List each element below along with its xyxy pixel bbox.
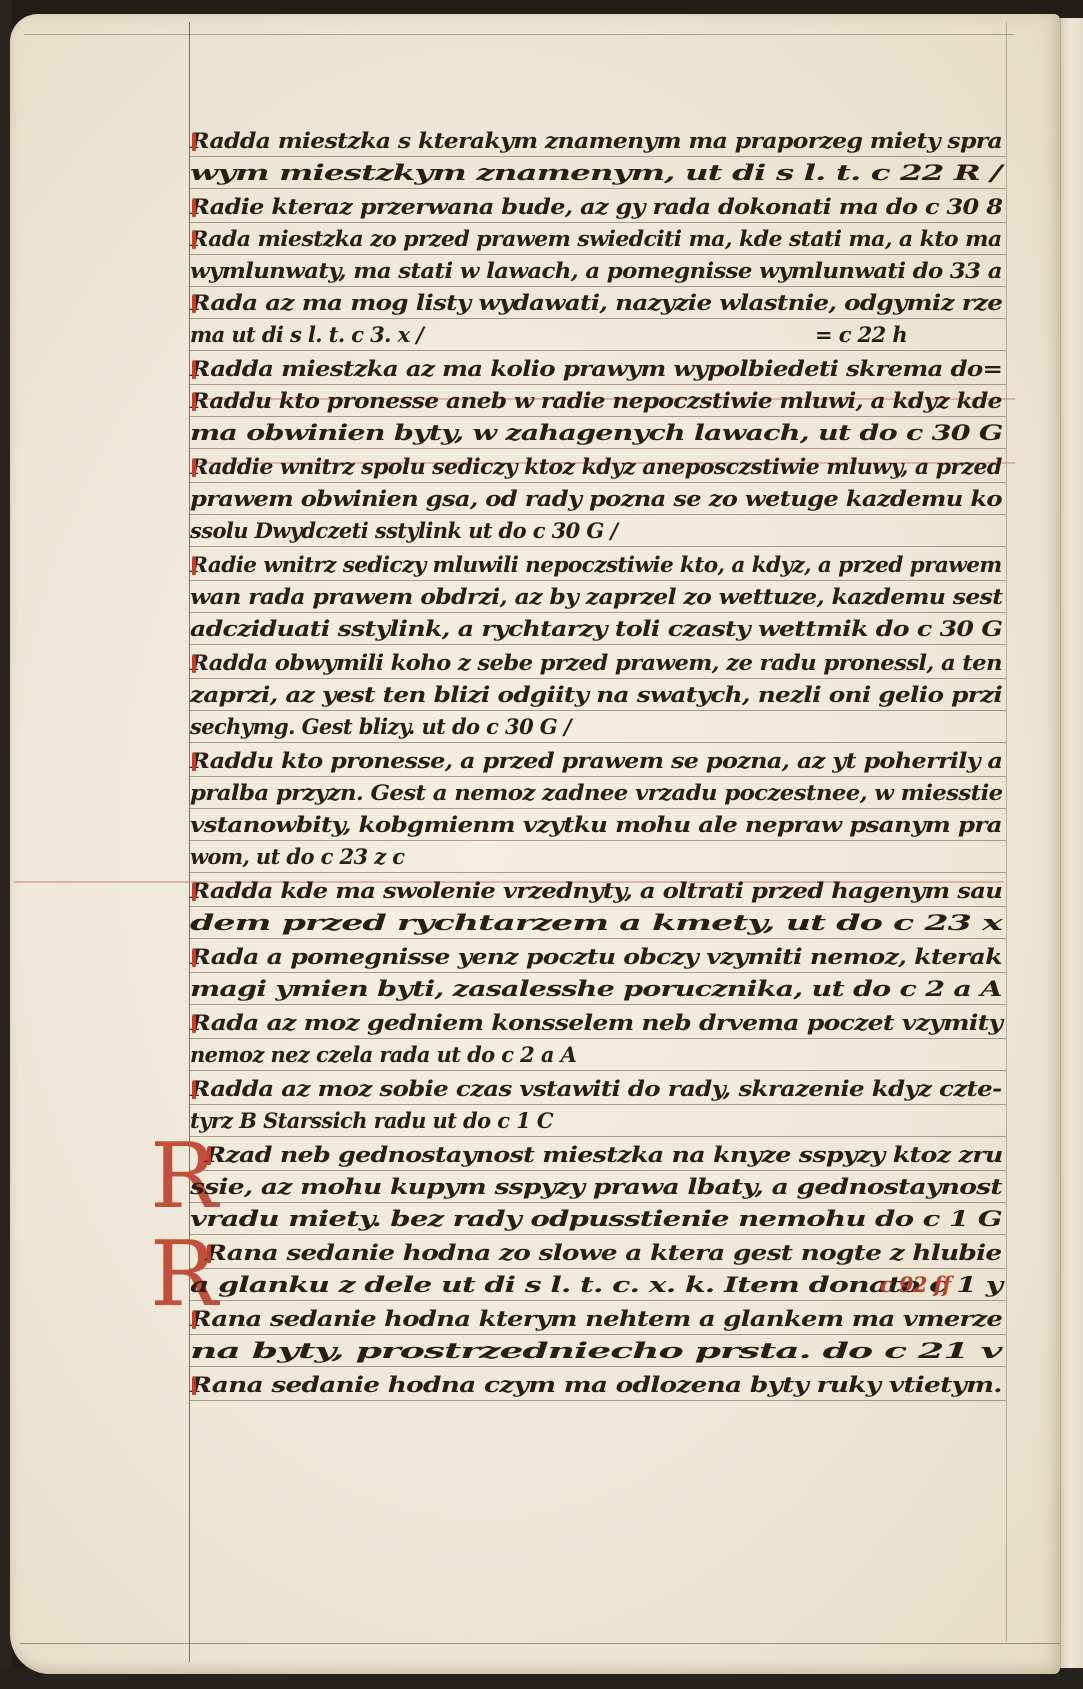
manuscript-line: Rana sedanie hodna kterym nehtem a glank… xyxy=(190,1306,1002,1331)
rubric-stroke xyxy=(192,295,196,313)
line-ruling xyxy=(190,678,1006,679)
manuscript-line: Raddie wnitrz spolu sediczy ktoz kdyz an… xyxy=(190,454,1002,479)
rubric-stroke xyxy=(192,753,196,771)
rubric-stroke xyxy=(192,1015,196,1033)
line-ruling xyxy=(190,644,1006,645)
line-ruling xyxy=(190,776,1006,777)
manuscript-line: wom, ut do c 23 z c xyxy=(190,844,404,869)
rubric-stroke xyxy=(192,1081,196,1099)
marginal-reference: = c 22 h xyxy=(815,322,907,347)
manuscript-line: nemoz nez czela rada ut do c 2 a A xyxy=(190,1042,576,1067)
line-ruling xyxy=(190,254,1006,255)
line-ruling xyxy=(190,1268,1006,1269)
rubric-stroke xyxy=(207,1147,211,1165)
line-ruling xyxy=(190,612,1006,613)
line-ruling xyxy=(190,482,1006,483)
rubric-stroke xyxy=(192,1377,196,1395)
manuscript-line: ma ut di s l. t. c 3. x / xyxy=(190,322,423,347)
manuscript-line: Raddu kto pronesse, a przed prawem se po… xyxy=(190,748,1002,773)
line-ruling xyxy=(190,318,1006,319)
rubric-stroke xyxy=(192,1311,196,1329)
rubric-stroke xyxy=(192,199,196,217)
line-ruling xyxy=(190,350,1006,351)
manuscript-line: vradu miety. bez rady odpusstienie nemoh… xyxy=(190,1206,1002,1231)
line-ruling xyxy=(190,1004,1006,1005)
manuscript-line: Rana sedanie hodna czym ma odlozena byty… xyxy=(190,1372,1002,1397)
line-ruling xyxy=(190,710,1006,711)
line-ruling xyxy=(190,1334,1006,1335)
rubric-stroke xyxy=(192,231,196,249)
manuscript-line: Rada miestzka zo przed prawem swiedciti … xyxy=(190,226,1002,251)
manuscript-line: wymlunwaty, ma stati w lawach, a pomegni… xyxy=(190,258,1002,283)
line-ruling xyxy=(190,188,1006,189)
manuscript-line: Rada az moz gedniem konsselem neb drvema… xyxy=(190,1010,1002,1035)
manuscript-line: Rada a pomegnisse yenz pocztu obczy vzym… xyxy=(190,944,1002,969)
rubric-stroke xyxy=(192,557,196,575)
line-ruling xyxy=(190,1070,1006,1071)
manuscript-line: dem przed rychtarzem a kmety, ut do c 23… xyxy=(190,910,1002,935)
line-ruling xyxy=(190,972,1006,973)
line-ruling xyxy=(190,384,1006,385)
manuscript-line: zaprzi, az yest ten blizi odgiity na swa… xyxy=(190,682,1002,707)
manuscript-line: Raddu kto pronesse aneb w radie nepoczst… xyxy=(190,388,1002,413)
manuscript-line: Rana sedanie hodna zo slowe a ktera gest… xyxy=(205,1240,1001,1265)
line-ruling xyxy=(190,546,1006,547)
manuscript-line: Rada az ma mog listy wydawati, nazyzie w… xyxy=(190,290,1002,315)
rubric-stroke xyxy=(192,393,196,411)
rubric-stroke xyxy=(192,361,196,379)
line-ruling xyxy=(190,906,1006,907)
manuscript-line: pralba przyzn. Gest a nemoz zadnee vrzad… xyxy=(190,780,1003,805)
line-ruling xyxy=(190,580,1006,581)
line-ruling xyxy=(190,1234,1006,1235)
line-ruling xyxy=(190,872,1006,873)
rubric-stroke xyxy=(192,133,196,151)
manuscript-line: vstanowbity, kobgmienm vzytku mohu ale n… xyxy=(190,812,1002,837)
manuscript-line: Radda obwymili koho z sebe przed prawem,… xyxy=(190,650,1002,675)
manuscript-line: Rzad neb gednostaynost miestzka na knyze… xyxy=(205,1142,1003,1167)
manuscript-line: Radie wnitrz sediczy mluwili nepoczstiwi… xyxy=(190,552,1002,577)
manuscript-line: prawem obwinien gsa, od rady pozna se zo… xyxy=(190,486,1002,511)
manuscript-line: sechymg. Gest blizy. ut do c 30 G / xyxy=(190,714,571,739)
line-ruling xyxy=(190,1136,1006,1137)
line-ruling xyxy=(190,808,1006,809)
manuscript-line: adcziduati sstylink, a rychtarzy toli cz… xyxy=(190,616,1002,641)
manuscript-line: Radda az moz sobie czas vstawiti do rady… xyxy=(190,1076,1001,1101)
line-ruling xyxy=(190,416,1006,417)
line-ruling xyxy=(190,156,1006,157)
line-ruling xyxy=(190,1202,1006,1203)
line-ruling xyxy=(190,840,1006,841)
manuscript-line: magi ymien byti, zasalesshe porucznika, … xyxy=(190,976,1002,1001)
rubric-reference: c 92 ff xyxy=(880,1272,951,1297)
line-ruling xyxy=(190,1038,1006,1039)
line-ruling xyxy=(190,742,1006,743)
manuscript-line: Radda miestzka az ma kolio prawym wypolb… xyxy=(190,356,1002,381)
line-ruling xyxy=(190,1300,1006,1301)
line-ruling xyxy=(190,448,1006,449)
manuscript-line: ssolu Dwydczeti sstylink ut do c 30 G / xyxy=(190,518,618,543)
rubric-stroke xyxy=(207,1245,211,1263)
manuscript-line: ma obwinien byty, w zahagenych lawach, u… xyxy=(190,420,1002,445)
line-ruling xyxy=(190,1400,1006,1401)
text-block: Radda miestzka s kterakym znamenym ma pr… xyxy=(0,0,1083,1689)
rubric-stroke xyxy=(192,949,196,967)
manuscript-line: Radda kde ma swolenie vrzednyty, a oltra… xyxy=(190,878,1002,903)
manuscript-line: Radie kteraz przerwana bude, az gy rada … xyxy=(190,194,1002,219)
rubric-stroke xyxy=(192,655,196,673)
rubric-stroke xyxy=(192,459,196,477)
manuscript-line: tyrz B Starssich radu ut do c 1 C xyxy=(190,1108,553,1133)
manuscript-line: Radda miestzka s kterakym znamenym ma pr… xyxy=(190,128,1002,153)
line-ruling xyxy=(190,286,1006,287)
line-ruling xyxy=(190,1366,1006,1367)
manuscript-line: ssie, az mohu kupym sspyzy prawa lbaty, … xyxy=(190,1174,1002,1199)
manuscript-line: wym miestzkym znamenym, ut di s l. t. c … xyxy=(190,160,1001,185)
line-ruling xyxy=(190,514,1006,515)
line-ruling xyxy=(190,938,1006,939)
manuscript-line: wan rada prawem obdrzi, az by zaprzel zo… xyxy=(190,584,1002,609)
manuscript-line: na byty, prostrzedniecho prsta. do c 21 … xyxy=(190,1338,1001,1363)
rubric-stroke xyxy=(192,883,196,901)
line-ruling xyxy=(190,1104,1006,1105)
line-ruling xyxy=(190,1170,1006,1171)
line-ruling xyxy=(190,222,1006,223)
